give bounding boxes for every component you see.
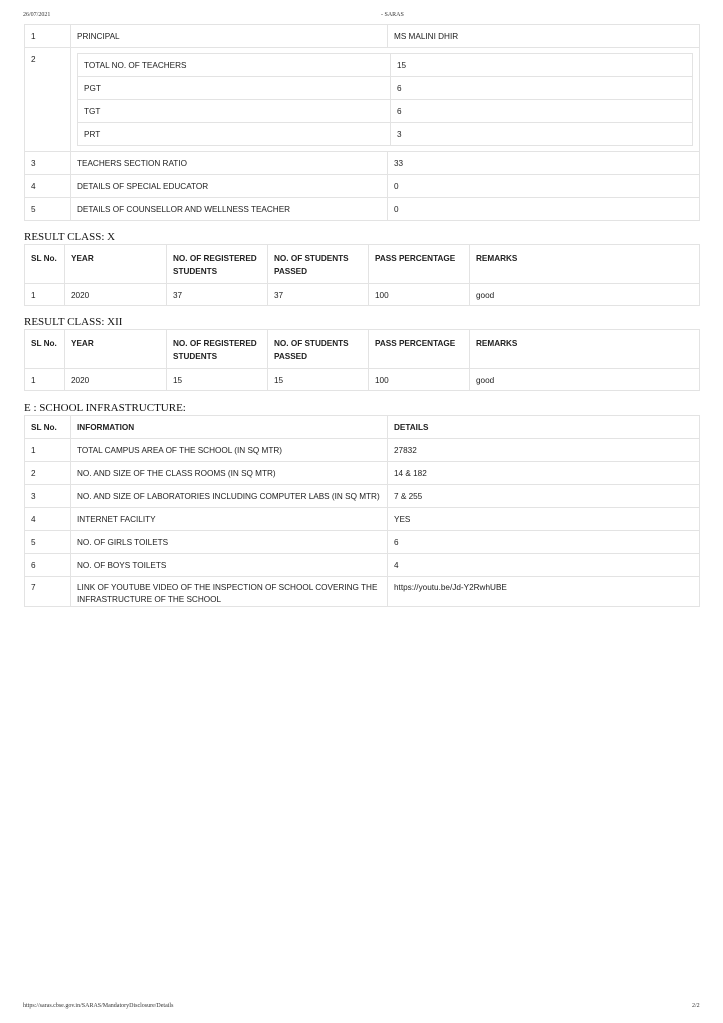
sl-cell: 4 xyxy=(25,175,71,198)
col-header: INFORMATION xyxy=(71,416,388,439)
table-header-row: SL No. YEAR NO. OF REGISTERED STUDENTS N… xyxy=(25,330,700,369)
cell: 2020 xyxy=(65,284,167,306)
sl-cell: 2 xyxy=(25,48,71,152)
table-row: 4 DETAILS OF SPECIAL EDUCATOR 0 xyxy=(25,175,700,198)
cell: good xyxy=(470,284,700,306)
col-header: NO. OF REGISTERED STUDENTS xyxy=(167,245,268,284)
staff-details-table: 1 PRINCIPAL MS MALINI DHIR 2 TOTAL NO. O… xyxy=(24,24,700,221)
table-row: TGT 6 xyxy=(78,100,693,123)
print-date: 26/07/2021 xyxy=(23,12,50,18)
cell: 1 xyxy=(25,369,65,391)
table-row: 5 DETAILS OF COUNSELLOR AND WELLNESS TEA… xyxy=(25,198,700,221)
label-cell: DETAILS OF SPECIAL EDUCATOR xyxy=(71,175,388,198)
col-header: YEAR xyxy=(65,245,167,284)
sl-cell: 2 xyxy=(25,462,71,485)
cell: 1 xyxy=(25,284,65,306)
details-cell: 4 xyxy=(388,554,700,577)
result-class-x-heading: RESULT CLASS: X xyxy=(24,231,115,243)
info-cell: NO. AND SIZE OF LABORATORIES INCLUDING C… xyxy=(71,485,388,508)
table-row: 2 NO. AND SIZE OF THE CLASS ROOMS (IN SQ… xyxy=(25,462,700,485)
info-cell: TOTAL CAMPUS AREA OF THE SCHOOL (IN SQ M… xyxy=(71,439,388,462)
label-cell: PRINCIPAL xyxy=(71,25,388,48)
col-header: SL No. xyxy=(25,245,65,284)
infrastructure-heading: E : SCHOOL INFRASTRUCTURE: xyxy=(24,402,186,414)
info-cell: NO. OF GIRLS TOILETS xyxy=(71,531,388,554)
teachers-nested-cell: TOTAL NO. OF TEACHERS 15 PGT 6 TGT 6 PRT… xyxy=(71,48,700,152)
table-row: 3 NO. AND SIZE OF LABORATORIES INCLUDING… xyxy=(25,485,700,508)
value-cell: 15 xyxy=(391,54,693,77)
sl-cell: 3 xyxy=(25,485,71,508)
cell: 2020 xyxy=(65,369,167,391)
result-class-xii-heading: RESULT CLASS: XII xyxy=(24,316,122,328)
label-cell: TEACHERS SECTION RATIO xyxy=(71,152,388,175)
sl-cell: 5 xyxy=(25,198,71,221)
table-row: 4 INTERNET FACILITY YES xyxy=(25,508,700,531)
cell: 15 xyxy=(268,369,369,391)
cell: 37 xyxy=(268,284,369,306)
details-cell: 6 xyxy=(388,531,700,554)
table-header-row: SL No. YEAR NO. OF REGISTERED STUDENTS N… xyxy=(25,245,700,284)
table-row: 3 TEACHERS SECTION RATIO 33 xyxy=(25,152,700,175)
col-header: SL No. xyxy=(25,330,65,369)
info-cell: NO. OF BOYS TOILETS xyxy=(71,554,388,577)
col-header: YEAR xyxy=(65,330,167,369)
print-title: - SARAS xyxy=(381,12,404,18)
cell: 100 xyxy=(369,369,470,391)
value-cell: 3 xyxy=(391,123,693,146)
label-cell: TGT xyxy=(78,100,391,123)
value-cell: 33 xyxy=(388,152,700,175)
cell: 100 xyxy=(369,284,470,306)
value-cell: 0 xyxy=(388,175,700,198)
cell: 37 xyxy=(167,284,268,306)
col-header: SL No. xyxy=(25,416,71,439)
table-row: 6 NO. OF BOYS TOILETS 4 xyxy=(25,554,700,577)
infrastructure-table: SL No. INFORMATION DETAILS 1 TOTAL CAMPU… xyxy=(24,415,700,607)
label-cell: TOTAL NO. OF TEACHERS xyxy=(78,54,391,77)
value-cell: MS MALINI DHIR xyxy=(388,25,700,48)
result-class-x-table: SL No. YEAR NO. OF REGISTERED STUDENTS N… xyxy=(24,244,700,306)
sl-cell: 1 xyxy=(25,25,71,48)
table-header-row: SL No. INFORMATION DETAILS xyxy=(25,416,700,439)
table-row: 1 TOTAL CAMPUS AREA OF THE SCHOOL (IN SQ… xyxy=(25,439,700,462)
table-row: 7 LINK OF YOUTUBE VIDEO OF THE INSPECTIO… xyxy=(25,577,700,607)
table-row: PGT 6 xyxy=(78,77,693,100)
value-cell: 6 xyxy=(391,100,693,123)
sl-cell: 3 xyxy=(25,152,71,175)
page-number: 2/2 xyxy=(692,1003,700,1009)
value-cell: 0 xyxy=(388,198,700,221)
details-cell: 7 & 255 xyxy=(388,485,700,508)
value-cell: 6 xyxy=(391,77,693,100)
info-cell: NO. AND SIZE OF THE CLASS ROOMS (IN SQ M… xyxy=(71,462,388,485)
result-class-xii-table: SL No. YEAR NO. OF REGISTERED STUDENTS N… xyxy=(24,329,700,391)
col-header: NO. OF STUDENTS PASSED xyxy=(268,330,369,369)
sl-cell: 1 xyxy=(25,439,71,462)
details-cell: YES xyxy=(388,508,700,531)
col-header: PASS PERCENTAGE xyxy=(369,245,470,284)
label-cell: PGT xyxy=(78,77,391,100)
sl-cell: 7 xyxy=(25,577,71,607)
details-cell: 14 & 182 xyxy=(388,462,700,485)
youtube-link[interactable]: https://youtu.be/Jd-Y2RwhUBE xyxy=(388,577,700,607)
col-header: NO. OF STUDENTS PASSED xyxy=(268,245,369,284)
sl-cell: 5 xyxy=(25,531,71,554)
teachers-breakdown-table: TOTAL NO. OF TEACHERS 15 PGT 6 TGT 6 PRT… xyxy=(77,53,693,146)
col-header: PASS PERCENTAGE xyxy=(369,330,470,369)
table-row: PRT 3 xyxy=(78,123,693,146)
table-row: 2 TOTAL NO. OF TEACHERS 15 PGT 6 TGT 6 P… xyxy=(25,48,700,152)
table-row: 1 2020 15 15 100 good xyxy=(25,369,700,391)
col-header: REMARKS xyxy=(470,330,700,369)
label-cell: PRT xyxy=(78,123,391,146)
print-footer-url: https://saras.cbse.gov.in/SARAS/Mandator… xyxy=(23,1003,173,1009)
info-cell: LINK OF YOUTUBE VIDEO OF THE INSPECTION … xyxy=(71,577,388,607)
col-header: NO. OF REGISTERED STUDENTS xyxy=(167,330,268,369)
sl-cell: 6 xyxy=(25,554,71,577)
col-header: DETAILS xyxy=(388,416,700,439)
table-row: 1 PRINCIPAL MS MALINI DHIR xyxy=(25,25,700,48)
cell: good xyxy=(470,369,700,391)
table-row: 1 2020 37 37 100 good xyxy=(25,284,700,306)
sl-cell: 4 xyxy=(25,508,71,531)
col-header: REMARKS xyxy=(470,245,700,284)
details-cell: 27832 xyxy=(388,439,700,462)
label-cell: DETAILS OF COUNSELLOR AND WELLNESS TEACH… xyxy=(71,198,388,221)
table-row: 5 NO. OF GIRLS TOILETS 6 xyxy=(25,531,700,554)
table-row: TOTAL NO. OF TEACHERS 15 xyxy=(78,54,693,77)
info-cell: INTERNET FACILITY xyxy=(71,508,388,531)
cell: 15 xyxy=(167,369,268,391)
